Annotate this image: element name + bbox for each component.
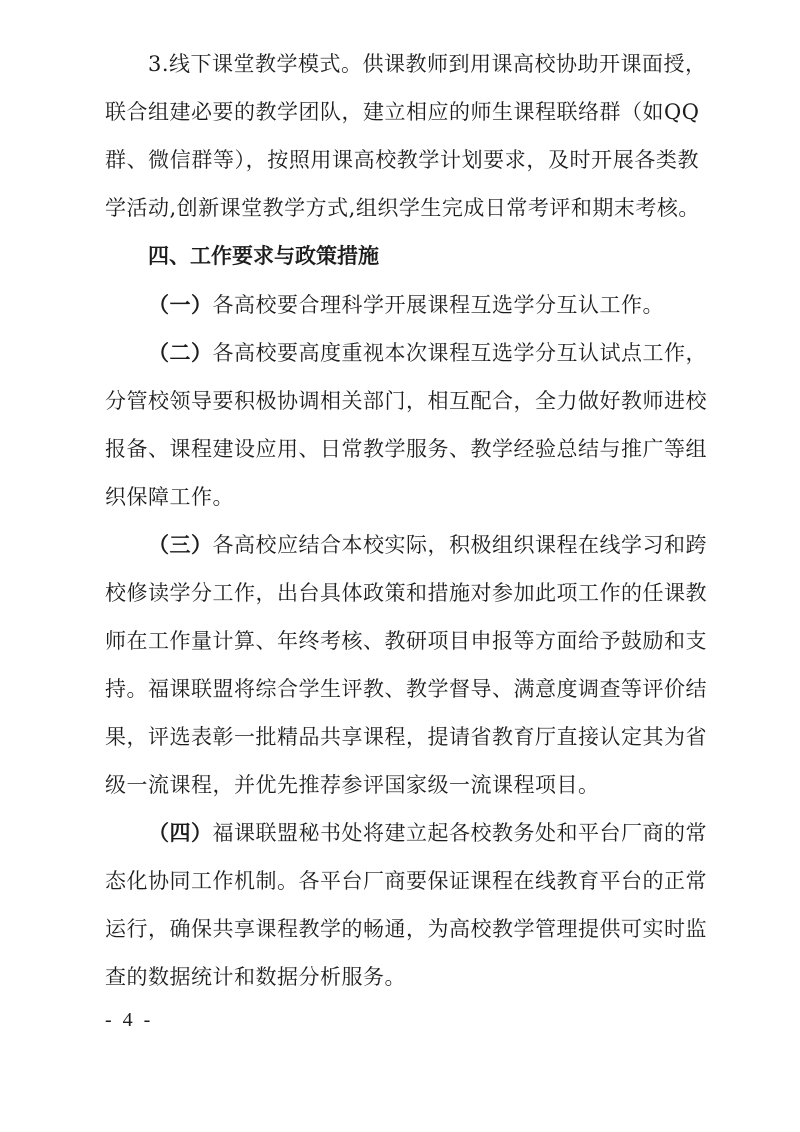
subsection-text: 福课联盟秘书处将建立起各校教务处和平台厂商的常 [213,821,708,845]
paragraph-line: 运行，确保共享课程教学的畅通，为高校教学管理提供可实时监 [105,913,699,945]
subsection-line: （一）各高校要合理科学开展课程互选学分互认工作。 [148,289,699,321]
paragraph-line: 级一流课程，并优先推荐参评国家级一流课程项目。 [105,769,699,801]
paragraph-line: 学活动,创新课堂教学方式,组织学生完成日常考评和期末考核。 [105,192,699,224]
subsection-marker: （二） [148,340,213,365]
paragraph-line: 群、微信群等），按照用课高校教学计划要求，及时开展各类教 [105,144,699,176]
subsection-text: 各高校要高度重视本次课程互选学分互认试点工作， [213,341,708,365]
paragraph-line: 果，评选表彰一批精品共享课程，提请省教育厅直接认定其为省 [105,721,699,753]
subsection-text: 各高校应结合本校实际，积极组织课程在线学习和跨 [213,533,708,557]
paragraph-line: 报备、课程建设应用、日常教学服务、教学经验总结与推广等组 [105,433,699,465]
subsection-text: 各高校要合理科学开展课程互选学分互认工作。 [213,293,665,317]
subsection-marker: （四） [148,820,213,845]
paragraph-line: 织保障工作。 [105,481,699,513]
paragraph-line: 师在工作量计算、年终考核、教研项目申报等方面给予鼓励和支 [105,625,699,657]
subsection-marker: （一） [148,292,213,317]
paragraph-line: 分管校领导要积极协调相关部门，相互配合，全力做好教师进校 [105,385,699,417]
document-page: 3.线下课堂教学模式。供课教师到用课高校协助开课面授， 联合组建必要的教学团队，… [0,0,800,1132]
subsection-line: （二）各高校要高度重视本次课程互选学分互认试点工作， [148,337,699,369]
subsection-line: （三）各高校应结合本校实际，积极组织课程在线学习和跨 [148,529,699,561]
subsection-line: （四）福课联盟秘书处将建立起各校教务处和平台厂商的常 [148,817,699,849]
paragraph-line: 查的数据统计和数据分析服务。 [105,961,699,993]
paragraph-line: 校修读学分工作，出台具体政策和措施对参加此项工作的任课教 [105,577,699,609]
paragraph-line: 联合组建必要的教学团队，建立相应的师生课程联络群（如QQ [105,96,699,128]
page-number: - 4 - [105,1006,153,1034]
subsection-marker: （三） [148,532,213,557]
section-heading: 四、工作要求与政策措施 [148,240,699,272]
paragraph-line: 持。福课联盟将综合学生评教、教学督导、满意度调查等评价结 [105,673,699,705]
paragraph-line: 3.线下课堂教学模式。供课教师到用课高校协助开课面授， [148,48,699,80]
paragraph-line: 态化协同工作机制。各平台厂商要保证课程在线教育平台的正常 [105,865,699,897]
